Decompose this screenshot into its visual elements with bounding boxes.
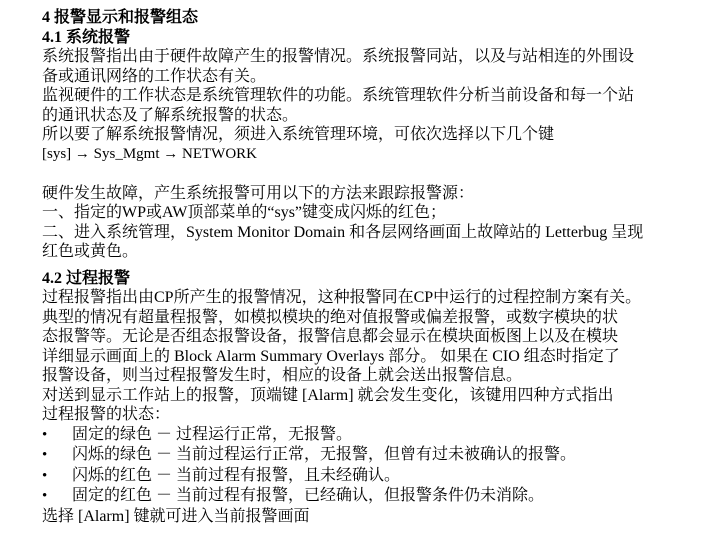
doc-line: 备或通讯网络的工作状态有关。: [42, 67, 692, 87]
doc-line: 过程报警的状态：: [42, 405, 692, 425]
closing-line: 选择 [Alarm] 键就可进入当前报警画面: [42, 507, 692, 527]
alarm-state-text: 闪烁的绿色 － 当前过程运行正常，无报警，但曾有过未被确认的报警。: [72, 445, 692, 465]
doc-line: 所以要了解系统报警情况，须进入系统管理环境，可依次选择以下几个键: [42, 125, 692, 145]
blank-line: [42, 164, 692, 184]
doc-line: 一、指定的WP或AW顶部菜单的“sys”键变成闪烁的红色；: [42, 203, 692, 223]
alarm-state-item: • 固定的绿色 － 过程运行正常，无报警。: [42, 425, 692, 446]
bullet-icon: •: [42, 426, 72, 446]
bullet-icon: •: [42, 467, 72, 487]
doc-line: 红色或黄色。: [42, 242, 692, 262]
doc-line: 二、进入系统管理，System Monitor Domain 和各层网络画面上故…: [42, 223, 692, 243]
bullet-icon: •: [42, 487, 72, 507]
alarm-state-item: • 固定的红色 － 当前过程有报警，已经确认，但报警条件仍未消除。: [42, 486, 692, 507]
alarm-state-text: 固定的红色 － 当前过程有报警，已经确认，但报警条件仍未消除。: [72, 486, 692, 506]
section-4-2-heading: 4.2 过程报警: [42, 269, 692, 289]
alarm-state-item: • 闪烁的红色 － 当前过程有报警，且未经确认。: [42, 466, 692, 487]
doc-line: 态报警等。无论是否组态报警设备，报警信息都会显示在模块面板图上以及在模块: [42, 327, 692, 347]
section-4-1-heading: 4.1 系统报警: [42, 28, 692, 48]
alarm-state-text: 闪烁的红色 － 当前过程有报警，且未经确认。: [72, 466, 692, 486]
doc-line: 系统报警指出由于硬件故障产生的报警情况。系统报警同站，以及与站相连的外围设: [42, 47, 692, 67]
doc-line: 硬件发生故障，产生系统报警可用以下的方法来跟踪报警源：: [42, 184, 692, 204]
key-sequence-line: [sys] → Sys_Mgmt → NETWORK: [42, 145, 692, 165]
alarm-state-text: 固定的绿色 － 过程运行正常，无报警。: [72, 425, 692, 445]
doc-line: 对送到显示工作站上的报警，顶端键 [Alarm] 就会发生变化，该键用四种方式指…: [42, 386, 692, 406]
doc-line: 报警设备，则当过程报警发生时，相应的设备上就会送出报警信息。: [42, 366, 692, 386]
doc-line: 过程报警指出由CP所产生的报警情况，这种报警同在CP中运行的过程控制方案有关。: [42, 288, 692, 308]
doc-line: 详细显示画面上的 Block Alarm Summary Overlays 部分…: [42, 347, 692, 367]
alarm-state-item: • 闪烁的绿色 － 当前过程运行正常，无报警，但曾有过未被确认的报警。: [42, 445, 692, 466]
doc-line: 的通讯状态及了解系统报警的状态。: [42, 106, 692, 126]
document-page: 4 报警显示和报警组态 4.1 系统报警 系统报警指出由于硬件故障产生的报警情况…: [0, 0, 720, 540]
bullet-icon: •: [42, 446, 72, 466]
doc-line: 监视硬件的工作状态是系统管理软件的功能。系统管理软件分析当前设备和每一个站: [42, 86, 692, 106]
doc-line: 典型的情况有超量程报警，如模拟模块的绝对值报警或偏差报警，或数字模块的状: [42, 308, 692, 328]
chapter-heading: 4 报警显示和报警组态: [42, 8, 692, 28]
